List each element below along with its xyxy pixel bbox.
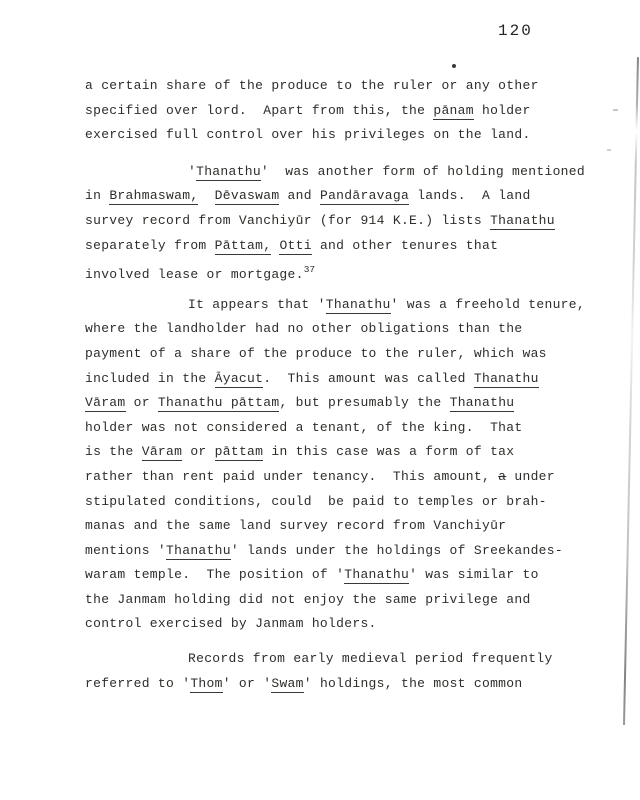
text-line: Records from early medieval period frequ… bbox=[85, 647, 575, 672]
document-page: 120 a certain share of the produce to th… bbox=[0, 0, 640, 800]
text-run: ' was another form of holding mentioned bbox=[261, 164, 585, 179]
text-line: survey record from Vanchiyūr (for 914 K.… bbox=[85, 209, 575, 234]
text-line: It appears that 'Thanathu' was a freehol… bbox=[85, 293, 575, 318]
underlined-term: Thanathu bbox=[326, 297, 391, 314]
text-run: in bbox=[85, 188, 109, 203]
text-run: and other tenures that bbox=[312, 238, 498, 253]
text-run: the Janmam holding did not enjoy the sam… bbox=[85, 592, 531, 607]
text-run: referred to ' bbox=[85, 676, 190, 691]
text-run: specified over lord. Apart from this, th… bbox=[85, 103, 433, 118]
text-run: ' lands under the holdings of Sreekandes… bbox=[231, 543, 563, 558]
text-line: exercised full control over his privileg… bbox=[85, 123, 575, 148]
underlined-term: Vāram bbox=[142, 444, 183, 461]
text-run: is the bbox=[85, 444, 142, 459]
scan-artifact-speck bbox=[613, 109, 618, 111]
paragraph: It appears that 'Thanathu' was a freehol… bbox=[85, 293, 575, 637]
text-run: exercised full control over his privileg… bbox=[85, 127, 531, 142]
underlined-term: Thanathu pāttam bbox=[158, 395, 280, 412]
text-line: specified over lord. Apart from this, th… bbox=[85, 99, 575, 124]
text-line: separately from Pāttam, Otti and other t… bbox=[85, 234, 575, 259]
underlined-term: Dēvaswam bbox=[215, 188, 280, 205]
text-run: included in the bbox=[85, 371, 215, 386]
text-run: a certain share of the produce to the ru… bbox=[85, 78, 539, 93]
text-run: in this case was a form of tax bbox=[263, 444, 514, 459]
text-line: where the landholder had no other obliga… bbox=[85, 317, 575, 342]
text-run: survey record from Vanchiyūr (for 914 K.… bbox=[85, 213, 490, 228]
underlined-term: Thanathu bbox=[450, 395, 515, 412]
underlined-term: pānam bbox=[433, 103, 474, 120]
underlined-term: Thanathu bbox=[166, 543, 231, 560]
text-line: is the Vāram or pāttam in this case was … bbox=[85, 440, 575, 465]
text-run: ' bbox=[188, 164, 196, 179]
paragraph: a certain share of the produce to the ru… bbox=[85, 74, 575, 148]
text-block: a certain share of the produce to the ru… bbox=[85, 74, 575, 696]
text-run: It appears that ' bbox=[188, 297, 326, 312]
text-run: ' was a freehold tenure, bbox=[391, 297, 585, 312]
text-line: waram temple. The position of 'Thanathu'… bbox=[85, 563, 575, 588]
underlined-term: Āyacut bbox=[215, 371, 264, 388]
underlined-term: Otti bbox=[279, 238, 311, 255]
text-line: a certain share of the produce to the ru… bbox=[85, 74, 575, 99]
text-run: ' was similar to bbox=[409, 567, 539, 582]
underlined-term: Vāram bbox=[85, 395, 126, 412]
text-line: in Brahmaswam, Dēvaswam and Pandāravaga … bbox=[85, 184, 575, 209]
text-line: manas and the same land survey record fr… bbox=[85, 514, 575, 539]
text-line: holder was not considered a tenant, of t… bbox=[85, 416, 575, 441]
text-run: under bbox=[506, 469, 555, 484]
text-run: stipulated conditions, could be paid to … bbox=[85, 494, 547, 509]
text-line: rather than rent paid under tenancy. Thi… bbox=[85, 465, 575, 490]
text-line: included in the Āyacut. This amount was … bbox=[85, 367, 575, 392]
text-run: control exercised by Janmam holders. bbox=[85, 616, 377, 631]
underlined-term: Brahmaswam, bbox=[109, 188, 198, 205]
text-line: the Janmam holding did not enjoy the sam… bbox=[85, 588, 575, 613]
text-run: or bbox=[126, 395, 158, 410]
text-run: ' holdings, the most common bbox=[304, 676, 523, 691]
text-run: , but presumably the bbox=[279, 395, 449, 410]
text-line: control exercised by Janmam holders. bbox=[85, 612, 575, 637]
text-line: referred to 'Thom' or 'Swam' holdings, t… bbox=[85, 672, 575, 697]
text-line: Vāram or Thanathu pāttam, but presumably… bbox=[85, 391, 575, 416]
text-run: rather than rent paid under tenancy. Thi… bbox=[85, 469, 498, 484]
text-run: where the landholder had no other obliga… bbox=[85, 321, 522, 336]
text-run: holder was not considered a tenant, of t… bbox=[85, 420, 522, 435]
scan-artifact-dot bbox=[452, 64, 456, 68]
scan-artifact-speck bbox=[607, 149, 611, 151]
text-run: involved lease or mortgage. bbox=[85, 267, 304, 282]
text-line: mentions 'Thanathu' lands under the hold… bbox=[85, 539, 575, 564]
text-run: payment of a share of the produce to the… bbox=[85, 346, 547, 361]
text-line: stipulated conditions, could be paid to … bbox=[85, 490, 575, 515]
text-run: waram temple. The position of ' bbox=[85, 567, 344, 582]
text-run: manas and the same land survey record fr… bbox=[85, 518, 506, 533]
underlined-term: Swam bbox=[271, 676, 303, 693]
text-run: ' or ' bbox=[223, 676, 272, 691]
text-run: . This amount was called bbox=[263, 371, 474, 386]
text-run: Records from early medieval period frequ… bbox=[188, 651, 553, 666]
underlined-term: Thanathu bbox=[490, 213, 555, 230]
paragraph: Records from early medieval period frequ… bbox=[85, 647, 575, 696]
text-run bbox=[198, 188, 214, 203]
footnote-ref: 37 bbox=[304, 264, 315, 275]
scan-artifact-line bbox=[623, 57, 638, 725]
text-run: and bbox=[279, 188, 320, 203]
text-run: mentions ' bbox=[85, 543, 166, 558]
text-run: separately from bbox=[85, 238, 215, 253]
underlined-term: Pāttam, bbox=[215, 238, 272, 255]
underlined-term: Thanathu bbox=[196, 164, 261, 181]
text-line: 'Thanathu' was another form of holding m… bbox=[85, 160, 575, 185]
underlined-term: Pandāravaga bbox=[320, 188, 409, 205]
text-line: involved lease or mortgage.37 bbox=[85, 258, 575, 283]
page-number: 120 bbox=[498, 22, 533, 40]
text-run: or bbox=[182, 444, 214, 459]
paragraph: 'Thanathu' was another form of holding m… bbox=[85, 160, 575, 283]
underlined-term: Thanathu bbox=[344, 567, 409, 584]
underlined-term: Thom bbox=[190, 676, 222, 693]
underlined-term: Thanathu bbox=[474, 371, 539, 388]
text-line: payment of a share of the produce to the… bbox=[85, 342, 575, 367]
text-run: lands. A land bbox=[409, 188, 531, 203]
underlined-term: pāttam bbox=[215, 444, 264, 461]
text-run: holder bbox=[474, 103, 531, 118]
